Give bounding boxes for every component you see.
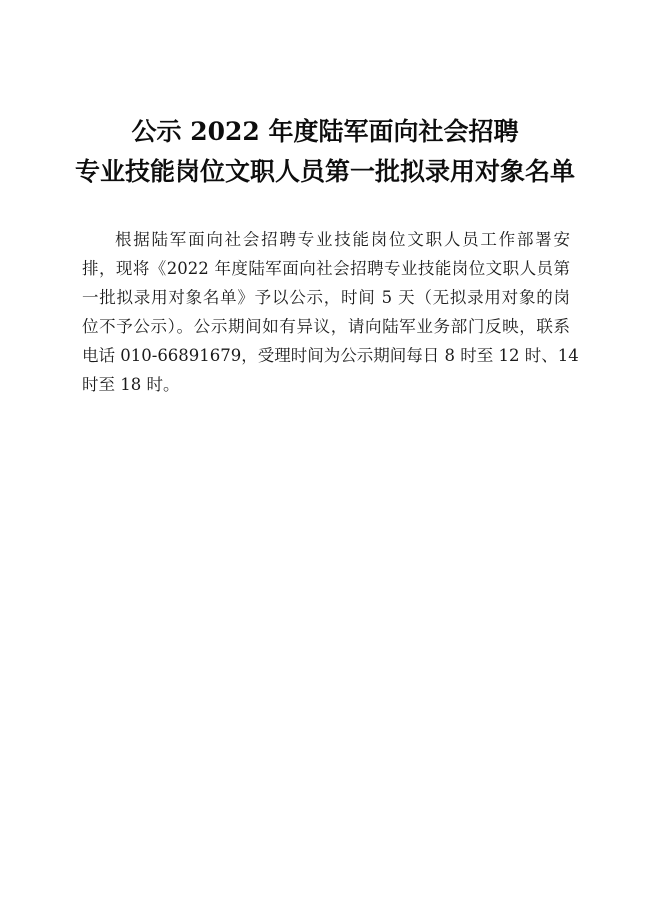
body-paragraph-line-1: 根据陆军面向社会招聘专业技能岗位文职人员工作部署安 bbox=[115, 229, 570, 251]
document-page: 公示 2022 年度陆军面向社会招聘 专业技能岗位文职人员第一批拟录用对象名单 … bbox=[0, 0, 650, 919]
body-paragraph-line-4: 位不予公示）。公示期间如有异议，请向陆军业务部门反映，联系 bbox=[82, 316, 570, 338]
page-title-line-2: 专业技能岗位文职人员第一批拟录用对象名单 bbox=[0, 157, 650, 187]
body-paragraph-line-6: 时至 18 时。 bbox=[82, 374, 180, 396]
body-paragraph-line-2: 排，现将《2022 年度陆军面向社会招聘专业技能岗位文职人员第 bbox=[82, 258, 570, 280]
body-paragraph-line-3: 一批拟录用对象名单》予以公示，时间 5 天（无拟录用对象的岗 bbox=[82, 287, 570, 309]
body-paragraph-line-5: 电话 010-66891679，受理时间为公示期间每日 8 时至 12 时、14 bbox=[82, 345, 570, 367]
page-title-line-1: 公示 2022 年度陆军面向社会招聘 bbox=[0, 117, 650, 147]
